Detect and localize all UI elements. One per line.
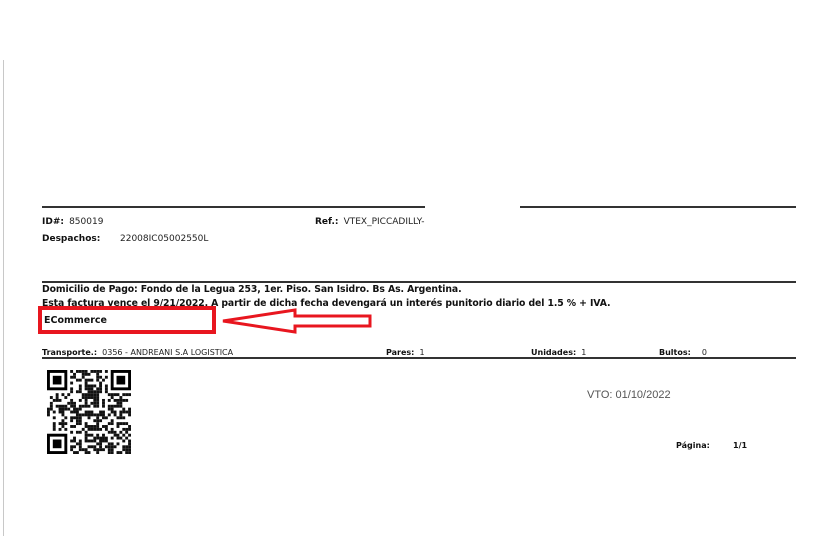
header-rule-right (520, 206, 796, 208)
pagina-value: 1/1 (733, 441, 747, 450)
transporte-value: 0356 - ANDREANI S.A LOGISTICA (102, 348, 233, 357)
id-value: 850019 (69, 217, 103, 227)
vto-date: VTO: 01/10/2022 (587, 389, 671, 401)
id-row: ID#: 850019 (42, 209, 103, 228)
header-rule-left (42, 206, 425, 208)
pares-label: Pares: (386, 348, 414, 357)
pares-value: 1 (419, 348, 424, 357)
id-label: ID#: (42, 217, 64, 227)
channel-label: ECommerce (44, 315, 107, 326)
qr-code-icon (47, 370, 131, 454)
ref-value: VTEX_PICCADILLY- (344, 217, 425, 227)
left-arrow-icon (215, 305, 380, 337)
bultos-value: 0 (702, 348, 707, 357)
ref-label: Ref.: (315, 217, 338, 227)
bultos-label: Bultos: (659, 348, 691, 357)
transporte-rule (42, 357, 796, 359)
unidades-value: 1 (581, 348, 586, 357)
despachos-value: 22008IC05002550L (120, 234, 208, 244)
payment-rule (42, 281, 796, 283)
despachos-label: Despachos: (42, 234, 100, 244)
pagina-label: Página: (676, 441, 710, 450)
page-left-edge (3, 60, 4, 536)
transporte-label: Transporte.: (42, 348, 97, 357)
ref-row: Ref.: VTEX_PICCADILLY- (315, 209, 441, 228)
unidades-label: Unidades: (531, 348, 576, 357)
domicilio-text: Domicilio de Pago: Fondo de la Legua 253… (42, 284, 462, 295)
